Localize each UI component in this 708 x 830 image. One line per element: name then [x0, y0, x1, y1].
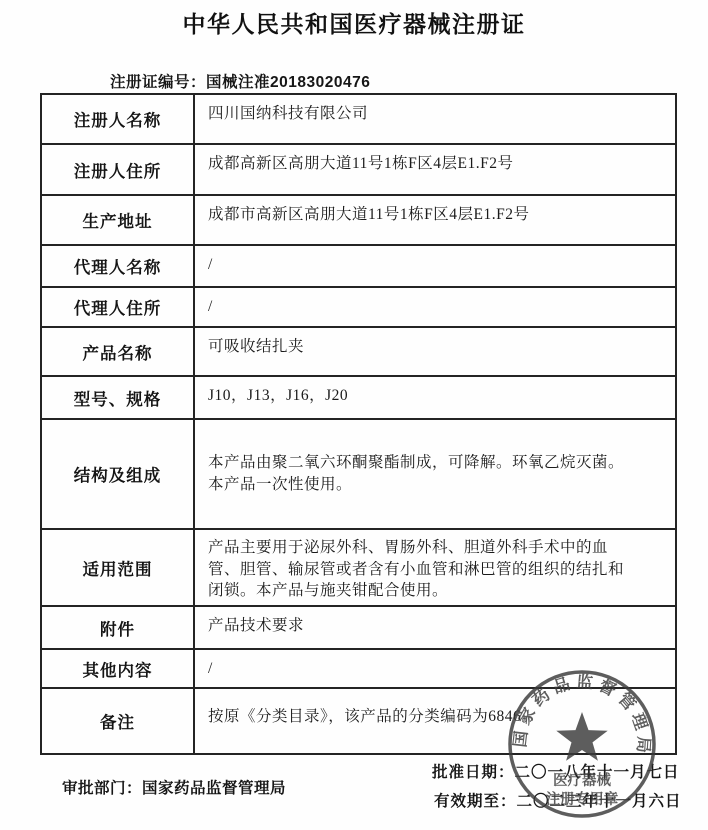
row-label: 其他内容 [42, 650, 195, 687]
row-value: 产品主要用于泌尿外科、胃肠外科、胆道外科手术中的血 管、胆管、输尿管或者含有小血… [195, 530, 675, 605]
row-label: 结构及组成 [42, 420, 195, 528]
approval-date-value: 二〇一八年十一月七日 [515, 764, 680, 781]
row-label: 型号、规格 [42, 377, 195, 418]
row-label: 注册人名称 [42, 95, 195, 143]
table-row-intended-use: 适用范围 产品主要用于泌尿外科、胃肠外科、胆道外科手术中的血 管、胆管、输尿管或… [42, 530, 675, 607]
approval-date-line: 批准日期：二〇一八年十一月七日 [432, 760, 680, 782]
row-value: / [195, 246, 675, 286]
row-label: 附件 [42, 607, 195, 648]
certificate-page: 中华人民共和国医疗器械注册证 注册证编号：国械注准20183020476 注册人… [0, 0, 708, 830]
approval-department-label: 审批部门： [62, 780, 142, 797]
row-label: 代理人名称 [42, 246, 195, 286]
row-value: / [195, 650, 675, 687]
valid-until-line: 有效期至：二〇二三年十一月六日 [434, 789, 682, 811]
table-row-remarks: 备注 按原《分类目录》，该产品的分类编码为6846。 [42, 689, 675, 753]
table-row-other-content: 其他内容 / [42, 650, 675, 689]
row-value: 可吸收结扎夹 [195, 328, 675, 375]
row-value: / [195, 288, 675, 326]
certificate-number-line: 注册证编号：国械注准20183020476 [110, 70, 370, 92]
table-row-agent-name: 代理人名称 / [42, 246, 675, 288]
row-value: 按原《分类目录》，该产品的分类编码为6846。 [195, 689, 675, 753]
row-label: 产品名称 [42, 328, 195, 375]
row-value: 成都市高新区高朋大道11号1栋F区4层E1.F2号 [195, 196, 675, 244]
row-value: J10，J13，J16，J20 [195, 377, 675, 418]
table-row-structure-composition: 结构及组成 本产品由聚二氧六环酮聚酯制成，可降解。环氧乙烷灭菌。 本产品一次性使… [42, 420, 675, 530]
table-row-model-spec: 型号、规格 J10，J13，J16，J20 [42, 377, 675, 420]
registration-table: 注册人名称 四川国纳科技有限公司 注册人住所 成都高新区高朋大道11号1栋F区4… [40, 93, 677, 755]
table-row-agent-address: 代理人住所 / [42, 288, 675, 328]
approval-department-value: 国家药品监督管理局 [142, 780, 286, 797]
row-value: 产品技术要求 [195, 607, 675, 648]
valid-until-label: 有效期至： [434, 793, 517, 810]
table-row-registrant-address: 注册人住所 成都高新区高朋大道11号1栋F区4层E1.F2号 [42, 145, 675, 196]
row-label: 生产地址 [42, 196, 195, 244]
row-value: 成都高新区高朋大道11号1栋F区4层E1.F2号 [195, 145, 675, 194]
certificate-number-value: 国械注准20183020476 [206, 74, 370, 91]
table-row-attachment: 附件 产品技术要求 [42, 607, 675, 650]
row-label: 适用范围 [42, 530, 195, 605]
row-value: 本产品由聚二氧六环酮聚酯制成，可降解。环氧乙烷灭菌。 本产品一次性使用。 [195, 420, 675, 528]
table-row-registrant-name: 注册人名称 四川国纳科技有限公司 [42, 95, 675, 145]
table-row-production-address: 生产地址 成都市高新区高朋大道11号1栋F区4层E1.F2号 [42, 196, 675, 246]
certificate-number-label: 注册证编号： [110, 74, 206, 91]
row-label: 注册人住所 [42, 145, 195, 194]
approval-date-label: 批准日期： [432, 764, 515, 781]
approval-department-line: 审批部门：国家药品监督管理局 [62, 776, 286, 798]
document-title: 中华人民共和国医疗器械注册证 [0, 6, 708, 39]
row-label: 代理人住所 [42, 288, 195, 326]
table-row-product-name: 产品名称 可吸收结扎夹 [42, 328, 675, 377]
valid-until-value: 二〇二三年十一月六日 [517, 793, 682, 810]
row-label: 备注 [42, 689, 195, 753]
row-value: 四川国纳科技有限公司 [195, 95, 675, 143]
